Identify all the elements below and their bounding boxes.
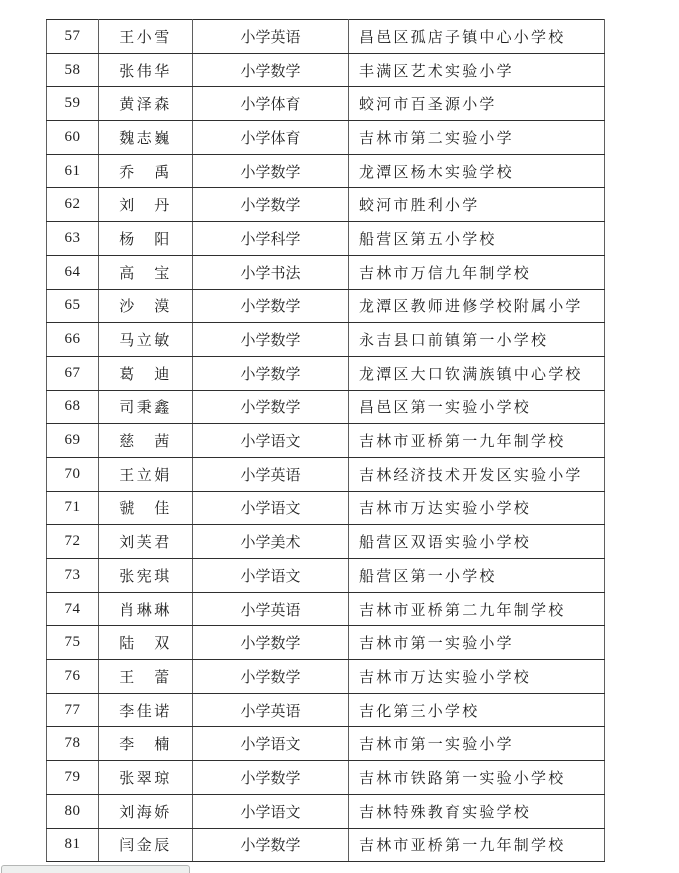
cell-teacher-name: 魏志巍 [99,121,193,155]
cell-subject: 小学数学 [193,188,349,222]
cell-index: 62 [47,188,99,222]
roster-body: 57 王小雪 小学英语 昌邑区孤店子镇中心小学校 58 张伟华 小学数学 丰满区… [47,20,605,862]
cell-school: 吉林市万达实验小学校 [349,660,605,694]
cell-teacher-name: 王小雪 [99,20,193,54]
cell-subject: 小学英语 [193,20,349,54]
cell-subject: 小学科学 [193,222,349,256]
cell-subject: 小学数学 [193,289,349,323]
table-row: 57 王小雪 小学英语 昌邑区孤店子镇中心小学校 [47,20,605,54]
cell-teacher-name: 黄泽森 [99,87,193,121]
cell-teacher-name: 虢 佳 [99,491,193,525]
cell-index: 75 [47,626,99,660]
table-row: 80 刘海娇 小学语文 吉林特殊教育实验学校 [47,794,605,828]
cell-subject: 小学数学 [193,323,349,357]
table-row: 63 杨 阳 小学科学 船营区第五小学校 [47,222,605,256]
cell-teacher-name: 乔 禹 [99,154,193,188]
cell-teacher-name: 马立敏 [99,323,193,357]
cell-teacher-name: 肖琳琳 [99,592,193,626]
cell-teacher-name: 李佳诺 [99,693,193,727]
table-row: 77 李佳诺 小学英语 吉化第三小学校 [47,693,605,727]
cell-school: 吉林特殊教育实验学校 [349,794,605,828]
cell-subject: 小学语文 [193,424,349,458]
cell-teacher-name: 刘 丹 [99,188,193,222]
table-row: 71 虢 佳 小学语文 吉林市万达实验小学校 [47,491,605,525]
cell-school: 吉林市万达实验小学校 [349,491,605,525]
cell-subject: 小学英语 [193,457,349,491]
cell-teacher-name: 李 楠 [99,727,193,761]
cell-school: 昌邑区孤店子镇中心小学校 [349,20,605,54]
cell-index: 63 [47,222,99,256]
cell-index: 72 [47,525,99,559]
table-row: 73 张宪琪 小学语文 船营区第一小学校 [47,559,605,593]
cell-school: 吉林市亚桥第一九年制学校 [349,828,605,862]
cell-school: 龙潭区杨木实验学校 [349,154,605,188]
cell-teacher-name: 慈 茜 [99,424,193,458]
table-row: 66 马立敏 小学数学 永吉县口前镇第一小学校 [47,323,605,357]
cell-school: 船营区第一小学校 [349,559,605,593]
cell-index: 67 [47,356,99,390]
cell-school: 永吉县口前镇第一小学校 [349,323,605,357]
table-row: 81 闫金辰 小学数学 吉林市亚桥第一九年制学校 [47,828,605,862]
cell-subject: 小学体育 [193,121,349,155]
cell-index: 74 [47,592,99,626]
cell-teacher-name: 王立娟 [99,457,193,491]
cell-index: 61 [47,154,99,188]
table-row: 74 肖琳琳 小学英语 吉林市亚桥第二九年制学校 [47,592,605,626]
cell-teacher-name: 刘芙君 [99,525,193,559]
cell-school: 吉化第三小学校 [349,693,605,727]
cell-subject: 小学数学 [193,154,349,188]
cell-subject: 小学数学 [193,356,349,390]
cell-index: 73 [47,559,99,593]
cell-school: 吉林市第一实验小学 [349,626,605,660]
cell-index: 71 [47,491,99,525]
cell-index: 80 [47,794,99,828]
cell-subject: 小学英语 [193,693,349,727]
table-row: 65 沙 漠 小学数学 龙潭区教师进修学校附属小学 [47,289,605,323]
table-row: 76 王 蕾 小学数学 吉林市万达实验小学校 [47,660,605,694]
cell-index: 79 [47,761,99,795]
cell-index: 66 [47,323,99,357]
cell-index: 69 [47,424,99,458]
cell-teacher-name: 张翠琼 [99,761,193,795]
table-row: 61 乔 禹 小学数学 龙潭区杨木实验学校 [47,154,605,188]
status-bubble [1,865,190,873]
cell-school: 船营区第五小学校 [349,222,605,256]
table-row: 78 李 楠 小学语文 吉林市第一实验小学 [47,727,605,761]
table-row: 67 葛 迪 小学数学 龙潭区大口钦满族镇中心学校 [47,356,605,390]
cell-subject: 小学体育 [193,87,349,121]
cell-school: 蛟河市百圣源小学 [349,87,605,121]
cell-teacher-name: 刘海娇 [99,794,193,828]
table-row: 75 陆 双 小学数学 吉林市第一实验小学 [47,626,605,660]
cell-teacher-name: 张宪琪 [99,559,193,593]
cell-subject: 小学数学 [193,761,349,795]
cell-school: 吉林市第二实验小学 [349,121,605,155]
table-row: 72 刘芙君 小学美术 船营区双语实验小学校 [47,525,605,559]
cell-subject: 小学书法 [193,255,349,289]
cell-index: 60 [47,121,99,155]
cell-school: 昌邑区第一实验小学校 [349,390,605,424]
cell-school: 龙潭区教师进修学校附属小学 [349,289,605,323]
cell-subject: 小学语文 [193,794,349,828]
cell-subject: 小学数学 [193,660,349,694]
cell-subject: 小学数学 [193,626,349,660]
cell-index: 65 [47,289,99,323]
cell-subject: 小学美术 [193,525,349,559]
cell-school: 吉林市亚桥第二九年制学校 [349,592,605,626]
cell-school: 吉林市万信九年制学校 [349,255,605,289]
table-row: 59 黄泽森 小学体育 蛟河市百圣源小学 [47,87,605,121]
cell-teacher-name: 司秉鑫 [99,390,193,424]
cell-index: 70 [47,457,99,491]
cell-school: 吉林市亚桥第一九年制学校 [349,424,605,458]
cell-teacher-name: 闫金辰 [99,828,193,862]
cell-teacher-name: 葛 迪 [99,356,193,390]
cell-teacher-name: 陆 双 [99,626,193,660]
cell-index: 78 [47,727,99,761]
cell-school: 龙潭区大口钦满族镇中心学校 [349,356,605,390]
cell-teacher-name: 张伟华 [99,53,193,87]
cell-index: 81 [47,828,99,862]
cell-subject: 小学语文 [193,727,349,761]
table-row: 69 慈 茜 小学语文 吉林市亚桥第一九年制学校 [47,424,605,458]
cell-index: 59 [47,87,99,121]
cell-school: 蛟河市胜利小学 [349,188,605,222]
cell-teacher-name: 高 宝 [99,255,193,289]
cell-subject: 小学数学 [193,53,349,87]
cell-teacher-name: 沙 漠 [99,289,193,323]
cell-school: 吉林市第一实验小学 [349,727,605,761]
table-row: 62 刘 丹 小学数学 蛟河市胜利小学 [47,188,605,222]
cell-subject: 小学数学 [193,828,349,862]
cell-teacher-name: 王 蕾 [99,660,193,694]
table-row: 70 王立娟 小学英语 吉林经济技术开发区实验小学 [47,457,605,491]
cell-teacher-name: 杨 阳 [99,222,193,256]
cell-subject: 小学数学 [193,390,349,424]
table-row: 64 高 宝 小学书法 吉林市万信九年制学校 [47,255,605,289]
cell-school: 吉林市铁路第一实验小学校 [349,761,605,795]
cell-subject: 小学语文 [193,559,349,593]
cell-index: 57 [47,20,99,54]
cell-index: 64 [47,255,99,289]
cell-subject: 小学语文 [193,491,349,525]
cell-school: 船营区双语实验小学校 [349,525,605,559]
cell-index: 58 [47,53,99,87]
cell-subject: 小学英语 [193,592,349,626]
table-row: 79 张翠琼 小学数学 吉林市铁路第一实验小学校 [47,761,605,795]
table-row: 68 司秉鑫 小学数学 昌邑区第一实验小学校 [47,390,605,424]
document-page: 57 王小雪 小学英语 昌邑区孤店子镇中心小学校 58 张伟华 小学数学 丰满区… [0,0,679,873]
cell-school: 丰满区艺术实验小学 [349,53,605,87]
table-row: 60 魏志巍 小学体育 吉林市第二实验小学 [47,121,605,155]
cell-index: 68 [47,390,99,424]
cell-index: 77 [47,693,99,727]
teacher-roster-table: 57 王小雪 小学英语 昌邑区孤店子镇中心小学校 58 张伟华 小学数学 丰满区… [46,19,605,862]
table-row: 58 张伟华 小学数学 丰满区艺术实验小学 [47,53,605,87]
cell-school: 吉林经济技术开发区实验小学 [349,457,605,491]
cell-index: 76 [47,660,99,694]
